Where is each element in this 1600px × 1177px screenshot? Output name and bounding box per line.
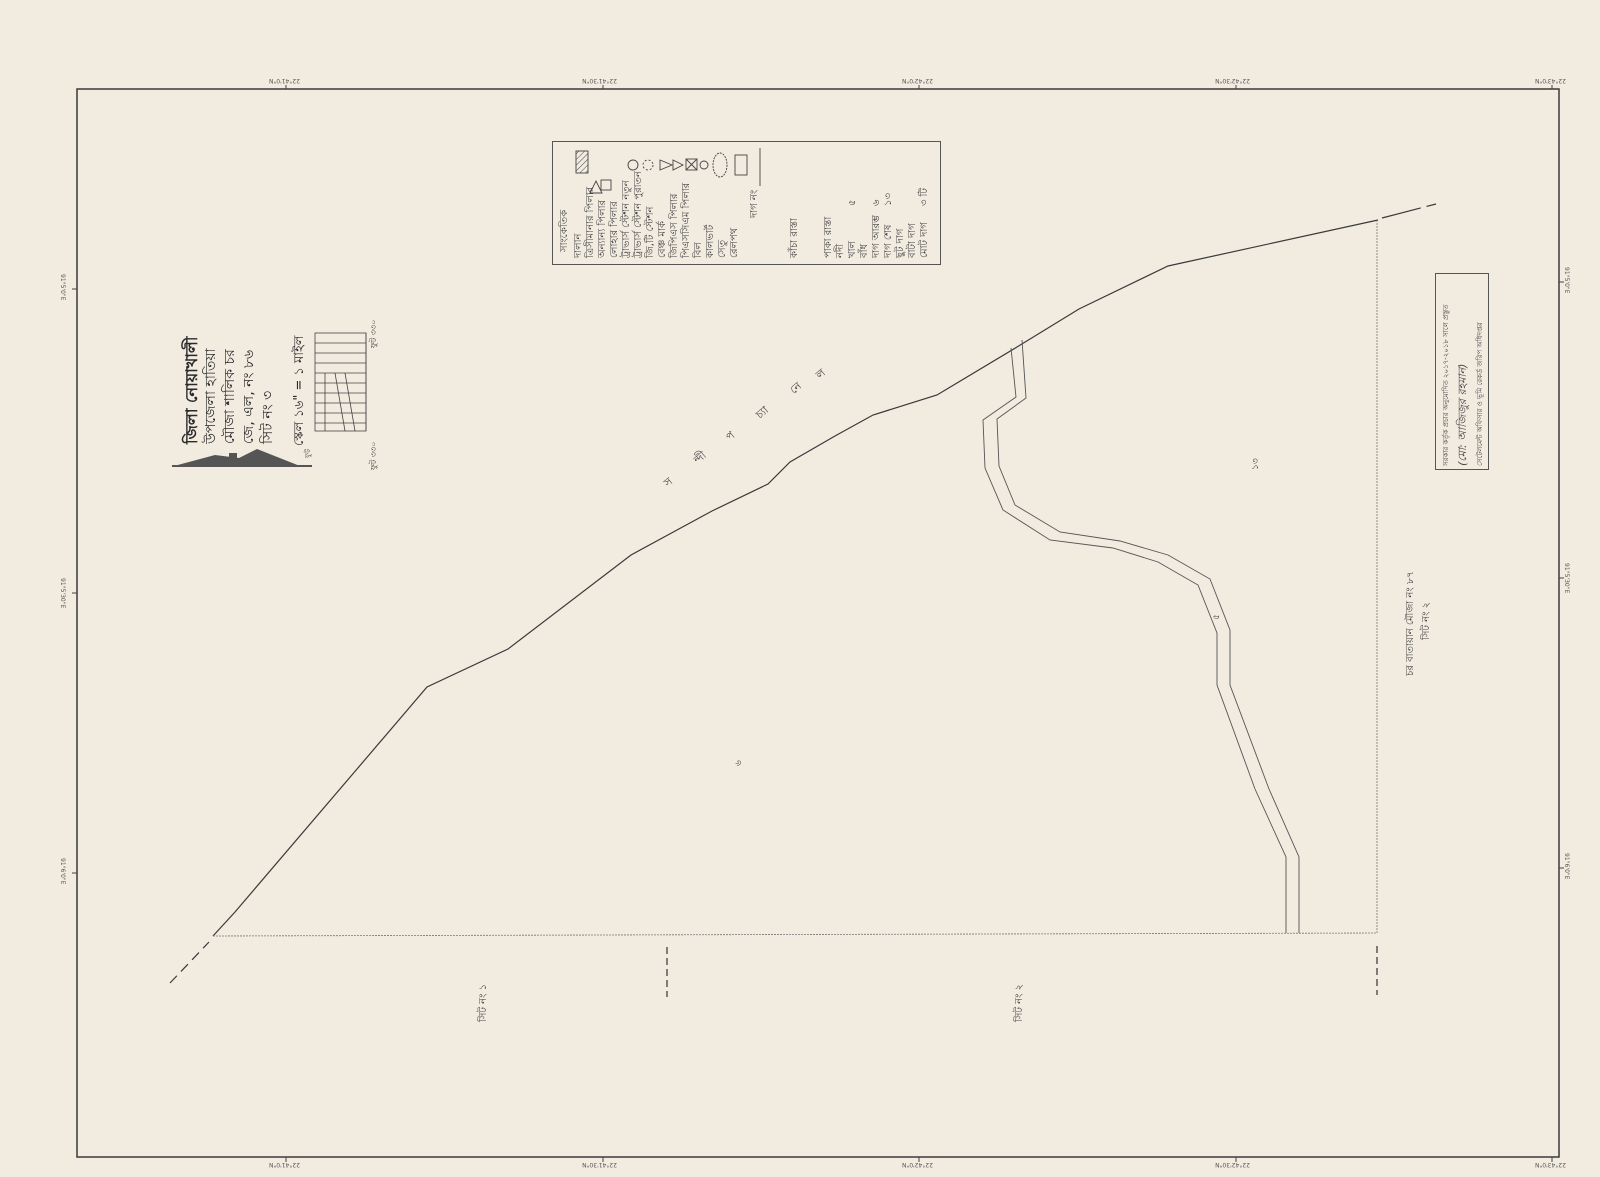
certification-line-2: সেটেলমেন্ট অফিসার ও ভূমি রেকর্ড জরিপ অধি… [1474, 322, 1486, 466]
right-tick-label-1: 91°5'0"E [1563, 267, 1570, 293]
bottom-tick-label-3: 22°42'0"N [902, 1161, 933, 1168]
legend-value-total-plots: ৩ টি [919, 188, 931, 206]
legend-label-embankment: বাঁধ [859, 244, 871, 258]
legend-label-trijunction-pillar: ত্রিসীমানার পিলার [585, 187, 597, 258]
legend-label-plot-end: দাগ শেষ [883, 225, 895, 258]
right-tick-label-2: 91°5'30"E [1563, 563, 1570, 593]
legend-label-iron-pillar: লোহার পিলার [609, 201, 621, 258]
boundary-dash-right [1382, 204, 1436, 218]
legend-label-plot-start: দাগ আরম্ভ [871, 215, 883, 258]
adjacent-sheet-2-label: সিট নং ২ [1012, 984, 1029, 1022]
legend-label-gps-pillar: জিপিএস পিলার [669, 194, 681, 258]
sheet-number: সিট নং ৩ [257, 391, 279, 444]
scale-text: স্কেল ১৬" = ১ মাইল [289, 336, 311, 447]
adjacent-mouza-sheet-label: সিট নং ২ [1419, 602, 1436, 640]
scale-left-label: ফুট ৩৩০ [368, 442, 381, 470]
adjacent-sheet-1-label: সিট নং ১ [476, 984, 493, 1022]
canal-line-outer [983, 348, 1286, 933]
scale-diagram [315, 333, 366, 431]
legend-label-canal: খাল [847, 241, 859, 258]
left-tick-label-1: 91°5'0"E [59, 274, 66, 300]
legend-label-building: দালান [573, 234, 585, 258]
legend-label-other-pillar: অন্যান্য পিলার [597, 200, 609, 258]
legend-label-river: নদী [835, 244, 847, 258]
scale-right-label: ফুট ৩৩০ [368, 320, 381, 348]
plot-number-6[interactable]: ৬ [731, 760, 746, 766]
top-tick-label-4: 22°42'30"N [1215, 77, 1250, 84]
plot-number-5[interactable]: ৫ [1209, 614, 1224, 620]
top-tick-label-1: 22°41'0"N [269, 77, 300, 84]
legend-label-railway: রেলপথ [729, 228, 741, 258]
certification-line-1: সরকার কর্তৃক প্রচার অনুমোদিত ২০১৭-২০১৮ স… [1440, 304, 1452, 466]
legend-label-traverse-old: ট্রাভার্স স্টেশন পুরাতন [633, 171, 645, 258]
boundary-dash-left [170, 942, 209, 983]
bottom-tick-label-2: 22°41'30"N [582, 1161, 617, 1168]
legend-label-paved-road: পাকা রাস্তা [823, 217, 835, 258]
bottom-tick-label-4: 22°42'30"N [1215, 1161, 1250, 1168]
adjacent-mouza-label: চর বাতায়ান মৌজা নং ৮৭ [1403, 571, 1420, 676]
right-tick-label-3: 91°6'0"E [1563, 853, 1570, 879]
legend-value-plot-start: ৬ [871, 199, 883, 206]
legend-label-pscm-pillar: পিএসসিএম পিলার [681, 183, 693, 258]
channel-boundary-line [213, 220, 1378, 936]
plot-number-13[interactable]: ১৩ [1248, 458, 1263, 470]
legend-label-beel: বিল [693, 242, 705, 258]
sheet-boundary-bottom [213, 933, 1377, 936]
top-tick-label-5: 22°43'0"N [1535, 77, 1566, 84]
legend-label-skip-plot: ছুট দাগ [895, 229, 907, 258]
legend-label-bata-plot: বাটা দাগ [907, 223, 919, 258]
legend-label-culvert: কালভার্ট [705, 225, 717, 258]
officer-signature: (মো: আজিজুর রহমান) [1454, 364, 1473, 466]
legend-label-bench-mark: বেঞ্চ মার্ক [657, 221, 669, 258]
legend-value-canal: ৫ [847, 200, 859, 207]
left-tick-label-2: 91°5'30"E [59, 578, 66, 608]
legend-heading: সাংকেতিক [559, 210, 571, 252]
legend-label-plot-no: দাগ নং [749, 190, 761, 218]
top-tick-label-3: 22°42'0"N [902, 77, 933, 84]
legend-label-total-plots: মোট দাগ [919, 222, 931, 258]
legend-label-dirt-road: কাঁচা রাস্তা [789, 218, 801, 258]
legend-label-gt-station: জি,টি স্টেশন [645, 207, 657, 259]
top-tick-label-2: 22°41'30"N [582, 77, 617, 84]
bottom-tick-label-1: 22°41'0"N [269, 1161, 300, 1168]
left-tick-label-3: 91°6'0"E [59, 858, 66, 884]
canal-line-inner [997, 340, 1299, 933]
scale-side-tick-0: ফুট [302, 449, 314, 458]
legend-label-bridge: সেতু [717, 240, 729, 258]
bottom-tick-label-5: 22°43'0"N [1535, 1161, 1566, 1168]
legend-value-plot-end: ১৩ [883, 193, 895, 206]
house-roof-icon [172, 449, 312, 467]
legend-label-traverse-new: ট্রাভার্স স্টেশন নতুন [621, 180, 633, 258]
